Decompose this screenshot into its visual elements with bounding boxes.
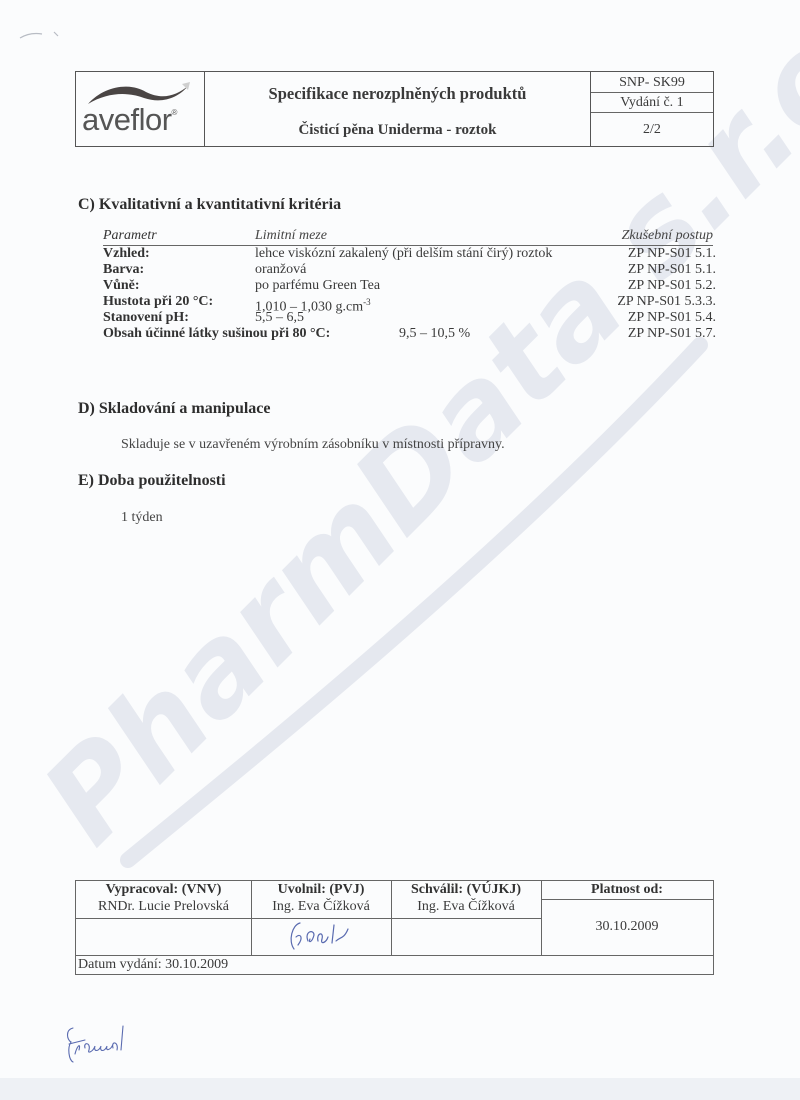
- signature-released: [286, 919, 366, 953]
- column-header-parameter: Parametr: [103, 228, 157, 244]
- table-row: Barva: oranžová ZP NP-S01 5.1.: [103, 262, 713, 278]
- document-header: aveflor® Specifikace nerozplněných produ…: [75, 71, 714, 147]
- scan-artifact: [18, 30, 66, 40]
- logo-wordmark: aveflor®: [82, 102, 177, 138]
- criteria-table-header: Parametr Limitní meze Zkušební postup: [103, 228, 713, 246]
- table-row: Obsah účinné látky sušinou při 80 °C: 9,…: [103, 326, 713, 342]
- scan-bottom-band: [0, 1078, 800, 1100]
- valid-from-date: 30.10.2009: [541, 919, 713, 935]
- document-code: SNP- SK99: [591, 72, 713, 93]
- approval-table: Vypracoval: (VNV) RNDr. Lucie Prelovská …: [75, 880, 714, 975]
- signature-handwritten: [55, 1020, 135, 1066]
- shelf-life-text: 1 týden: [121, 510, 163, 526]
- table-row: Vůně: po parfému Green Tea ZP NP-S01 5.2…: [103, 278, 713, 294]
- section-e-title: E) Doba použitelnosti: [78, 472, 226, 490]
- approved-by-label: Schválil: (VÚJKJ): [391, 882, 541, 898]
- storage-text: Skladuje se v uzavřeném výrobním zásobní…: [121, 437, 505, 453]
- table-row: Stanovení pH: 5,5 – 6,5 ZP NP-S01 5.4.: [103, 310, 713, 326]
- valid-from-label: Platnost od:: [541, 882, 713, 898]
- column-header-method: Zkušební postup: [622, 228, 713, 244]
- section-c-title: C) Kvalitativní a kvantitativní kritéria: [78, 196, 341, 214]
- released-by-label: Uvolnil: (PVJ): [251, 882, 391, 898]
- issue-date: Datum vydání: 30.10.2009: [78, 957, 228, 973]
- column-header-limits: Limitní meze: [255, 228, 327, 244]
- released-by-name: Ing. Eva Čížková: [251, 899, 391, 915]
- approved-by-name: Ing. Eva Čížková: [391, 899, 541, 915]
- company-logo: aveflor®: [76, 72, 205, 146]
- page-number: 2/2: [591, 113, 713, 147]
- edition-number: Vydání č. 1: [591, 93, 713, 113]
- criteria-table: Parametr Limitní meze Zkušební postup Vz…: [103, 228, 713, 342]
- prepared-by-label: Vypracoval: (VNV): [76, 882, 251, 898]
- document-title: Specifikace nerozplněných produktů: [205, 84, 590, 104]
- table-row: Vzhled: lehce viskózní zakalený (při del…: [103, 246, 713, 262]
- product-name: Čisticí pěna Uniderma - roztok: [205, 122, 590, 139]
- table-row: Hustota při 20 °C: 1,010 – 1,030 g.cm-3 …: [103, 294, 713, 310]
- prepared-by-name: RNDr. Lucie Prelovská: [76, 899, 251, 915]
- section-d-title: D) Skladování a manipulace: [78, 400, 270, 418]
